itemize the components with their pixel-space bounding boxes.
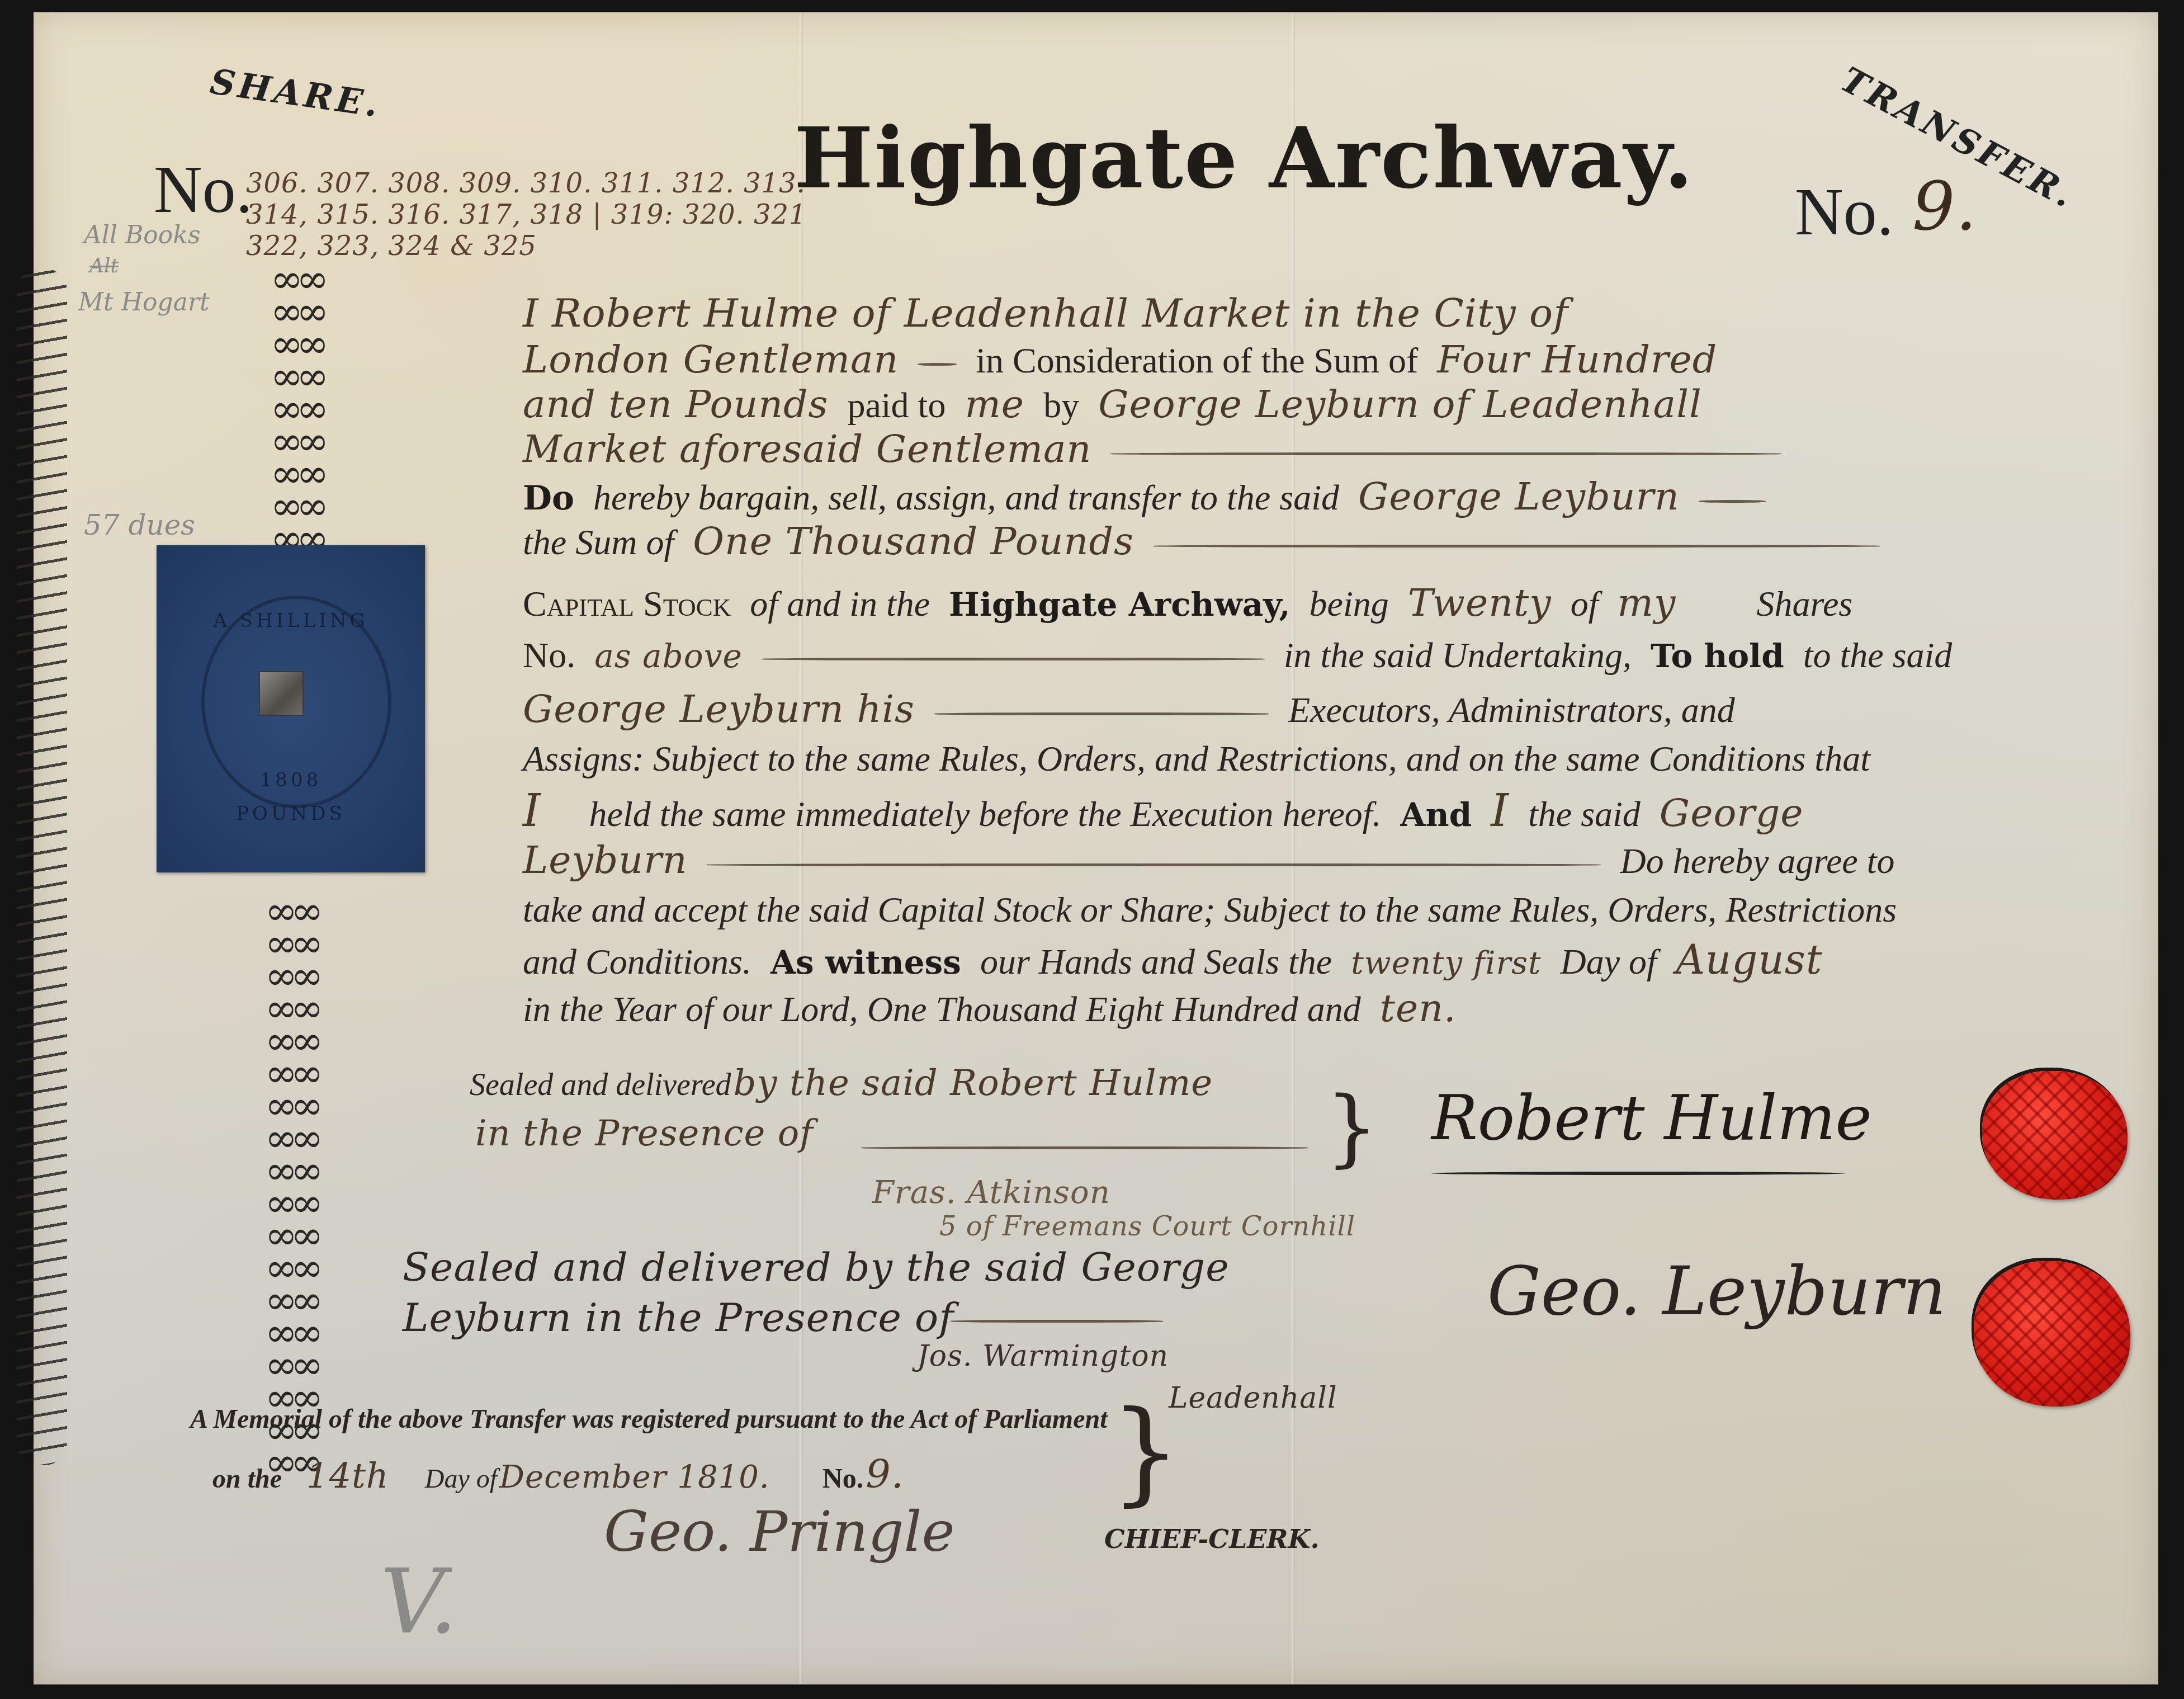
pencil-mark: V. bbox=[380, 1549, 457, 1654]
witness-2-address: Leadenhall bbox=[1169, 1381, 1337, 1415]
printed-text: in Consideration of the Sum of bbox=[976, 341, 1418, 380]
printed-text: take and accept the said Capital Stock o… bbox=[523, 890, 1897, 929]
document-title: Highgate Archway. bbox=[794, 109, 1694, 207]
pencil-note: All Books bbox=[84, 221, 200, 249]
handwritten-text: 14th bbox=[306, 1455, 389, 1496]
body-line-9: George Leyburn his Executors, Administra… bbox=[523, 691, 2088, 741]
stamp-year-text: 1808 bbox=[157, 769, 425, 791]
chief-clerk-label: CHIEF-CLERK. bbox=[1104, 1524, 1320, 1554]
handwritten-text: One Thousand Pounds bbox=[693, 520, 1134, 564]
printed-text: in the said Undertaking, bbox=[1284, 635, 1632, 675]
blackletter-text: As witness bbox=[770, 943, 961, 981]
stamp-foil-icon bbox=[259, 671, 304, 716]
transfer-no-label: No. bbox=[1795, 173, 1894, 251]
printed-text: Assigns: Subject to the same Rules, Orde… bbox=[523, 739, 1870, 778]
printed-text: Day of bbox=[1560, 942, 1656, 981]
handwritten-text: twenty first bbox=[1351, 945, 1541, 981]
body-line-7: Capital Stock of and in the Highgate Arc… bbox=[523, 584, 2088, 635]
printed-text: the Sum of bbox=[523, 522, 674, 562]
buyer-presence: Leyburn in the Presence of bbox=[403, 1295, 954, 1341]
handwritten-text: George Leyburn bbox=[1358, 475, 1680, 519]
printed-text: of and in the bbox=[750, 584, 930, 624]
buyer-execution-clause: Sealed and delivered by the said George bbox=[403, 1244, 1230, 1290]
body-line-14: and Conditions. As witness our Hands and… bbox=[523, 940, 2088, 990]
printed-text: Executors, Administrators, and bbox=[1288, 690, 1735, 730]
handwritten-text: Market aforesaid Gentleman bbox=[523, 427, 1091, 471]
handwritten-text: and ten Pounds bbox=[523, 383, 828, 427]
blackletter-text: To hold bbox=[1651, 637, 1784, 675]
printed-text: being bbox=[1310, 584, 1389, 624]
witness-1-name: Fras. Atkinson bbox=[872, 1174, 1110, 1211]
printed-text: our Hands and Seals the bbox=[980, 942, 1332, 981]
handwritten-text: George bbox=[1660, 791, 1804, 836]
blackletter-text: And bbox=[1401, 796, 1472, 834]
printed-text: Sealed and delivered bbox=[470, 1068, 731, 1102]
seller-presence: in the Presence of bbox=[475, 1113, 814, 1154]
scroll-ornament-lower: ∞∞∞∞∞∞∞∞∞∞∞∞∞∞∞∞∞∞∞∞∞∞∞∞∞∞∞∞∞∞∞∞∞∞∞∞ bbox=[235, 895, 347, 1479]
body-line-10: Assigns: Subject to the same Rules, Orde… bbox=[523, 741, 2088, 791]
share-numbers: 306. 307. 308. 309. 310. 311. 312. 313. … bbox=[246, 168, 807, 262]
scroll-ornament-upper: ∞∞∞∞∞∞∞∞∞∞∞∞∞∞∞∞∞∞ bbox=[240, 263, 352, 555]
printed-text: No. bbox=[523, 635, 575, 675]
share-no-label: No. bbox=[154, 151, 253, 228]
handwritten-text: George Leyburn his bbox=[523, 687, 915, 731]
printed-text: on the bbox=[212, 1464, 282, 1494]
printed-text: Capital Stock bbox=[523, 584, 731, 624]
memorial-date-line: on the 14th Day of December 1810. No. 9. bbox=[212, 1451, 904, 1497]
handwritten-text: Leyburn bbox=[523, 838, 687, 882]
blackletter-text: Highgate Archway, bbox=[949, 586, 1290, 624]
blackletter-text: Do bbox=[523, 479, 574, 518]
fill-line bbox=[951, 1320, 1163, 1323]
handwritten-text: London Gentleman bbox=[523, 338, 899, 382]
bracket: } bbox=[1110, 1387, 1181, 1517]
handwritten-text: me bbox=[965, 383, 1024, 427]
handwritten-text: by the said Robert Hulme bbox=[734, 1063, 1213, 1104]
pencil-note: 57 dues bbox=[84, 509, 195, 541]
handwritten-text: August bbox=[1676, 936, 1823, 983]
signature-flourish bbox=[1431, 1172, 1845, 1175]
printed-text: paid to bbox=[847, 385, 946, 425]
memorial-text: A Memorial of the above Transfer was reg… bbox=[190, 1404, 1108, 1434]
share-numbers-line: 306. 307. 308. 309. 310. 311. 312. 313. bbox=[246, 168, 807, 199]
handwritten-text: as above bbox=[594, 637, 743, 675]
printed-text: Shares bbox=[1756, 584, 1852, 624]
pencil-note: Mt Hogart bbox=[78, 288, 210, 317]
chain-border-ornament bbox=[17, 268, 67, 1465]
handwritten-text: December 1810. bbox=[499, 1459, 770, 1495]
body-line-11: I held the same immediately before the E… bbox=[523, 789, 2088, 839]
handwritten-text: Twenty bbox=[1408, 581, 1552, 625]
printed-text: held the same immediately before the Exe… bbox=[589, 794, 1382, 834]
printed-text: Do hereby agree to bbox=[1620, 841, 1894, 881]
witness-1-address: 5 of Freemans Court Cornhill bbox=[939, 1211, 1355, 1242]
printed-text: No. bbox=[822, 1462, 864, 1494]
handwritten-text: I bbox=[523, 785, 541, 837]
signature-george-leyburn: Geo. Leyburn bbox=[1487, 1253, 1946, 1330]
body-line-1: I Robert Hulme of Leadenhall Market in t… bbox=[523, 294, 2088, 344]
handwritten-text: ten. bbox=[1380, 987, 1457, 1031]
seller-execution-clause: Sealed and delivered by the said Robert … bbox=[470, 1063, 1213, 1104]
body-line-8: No. as above in the said Undertaking, To… bbox=[523, 638, 2088, 688]
stamp-bottom-text: POUNDS bbox=[157, 803, 425, 825]
clerk-signature: Geo. Pringle bbox=[604, 1499, 955, 1564]
handwritten-text: my bbox=[1617, 581, 1676, 625]
printed-text: in the Year of our Lord, One Thousand Ei… bbox=[523, 989, 1361, 1029]
pencil-note: Alt bbox=[89, 254, 119, 277]
handwritten-text: I Robert Hulme of Leadenhall Market in t… bbox=[523, 294, 1568, 333]
printed-text: hereby bargain, sell, assign, and transf… bbox=[593, 478, 1339, 517]
document-frame: SHARE. TRANSFER. Highgate Archway. No. 3… bbox=[0, 0, 2184, 1699]
printed-text: by bbox=[1043, 385, 1079, 425]
handwritten-text: I bbox=[1491, 785, 1509, 837]
printed-text: of bbox=[1571, 584, 1599, 624]
fill-line bbox=[861, 1146, 1308, 1149]
handwritten-text: 9. bbox=[866, 1451, 904, 1497]
share-numbers-line: 322, 323, 324 & 325 bbox=[246, 230, 807, 262]
printed-text: Day of bbox=[425, 1464, 497, 1494]
printed-text: and Conditions. bbox=[523, 942, 751, 981]
witness-2-name: Jos. Warmington bbox=[917, 1339, 1169, 1373]
duty-stamp: A SHILLING 1808 POUNDS bbox=[157, 545, 425, 872]
body-line-15: in the Year of our Lord, One Thousand Ei… bbox=[523, 990, 2088, 1040]
body-line-4: Market aforesaid Gentleman bbox=[523, 431, 2088, 481]
transfer-number: 9. bbox=[1912, 168, 1978, 246]
share-numbers-line: 314, 315. 316. 317, 318 | 319: 320. 321 bbox=[246, 199, 807, 230]
wax-seal-icon bbox=[1974, 1261, 2130, 1407]
body-line-12: Leyburn Do hereby agree to bbox=[523, 842, 2088, 892]
body-line-13: take and accept the said Capital Stock o… bbox=[523, 892, 2088, 942]
printed-text: to the said bbox=[1803, 635, 1953, 675]
stamp-top-text: A SHILLING bbox=[157, 610, 425, 632]
handwritten-text: George Leyburn of Leadenhall bbox=[1098, 383, 1702, 427]
bracket: } bbox=[1325, 1079, 1378, 1177]
handwritten-text: Four Hundred bbox=[1437, 338, 1717, 382]
printed-text: the said bbox=[1528, 794, 1641, 834]
wax-seal-icon bbox=[1982, 1071, 2128, 1200]
body-line-6: the Sum of One Thousand Pounds bbox=[523, 523, 2088, 573]
signature-robert-hulme: Robert Hulme bbox=[1431, 1082, 1872, 1154]
